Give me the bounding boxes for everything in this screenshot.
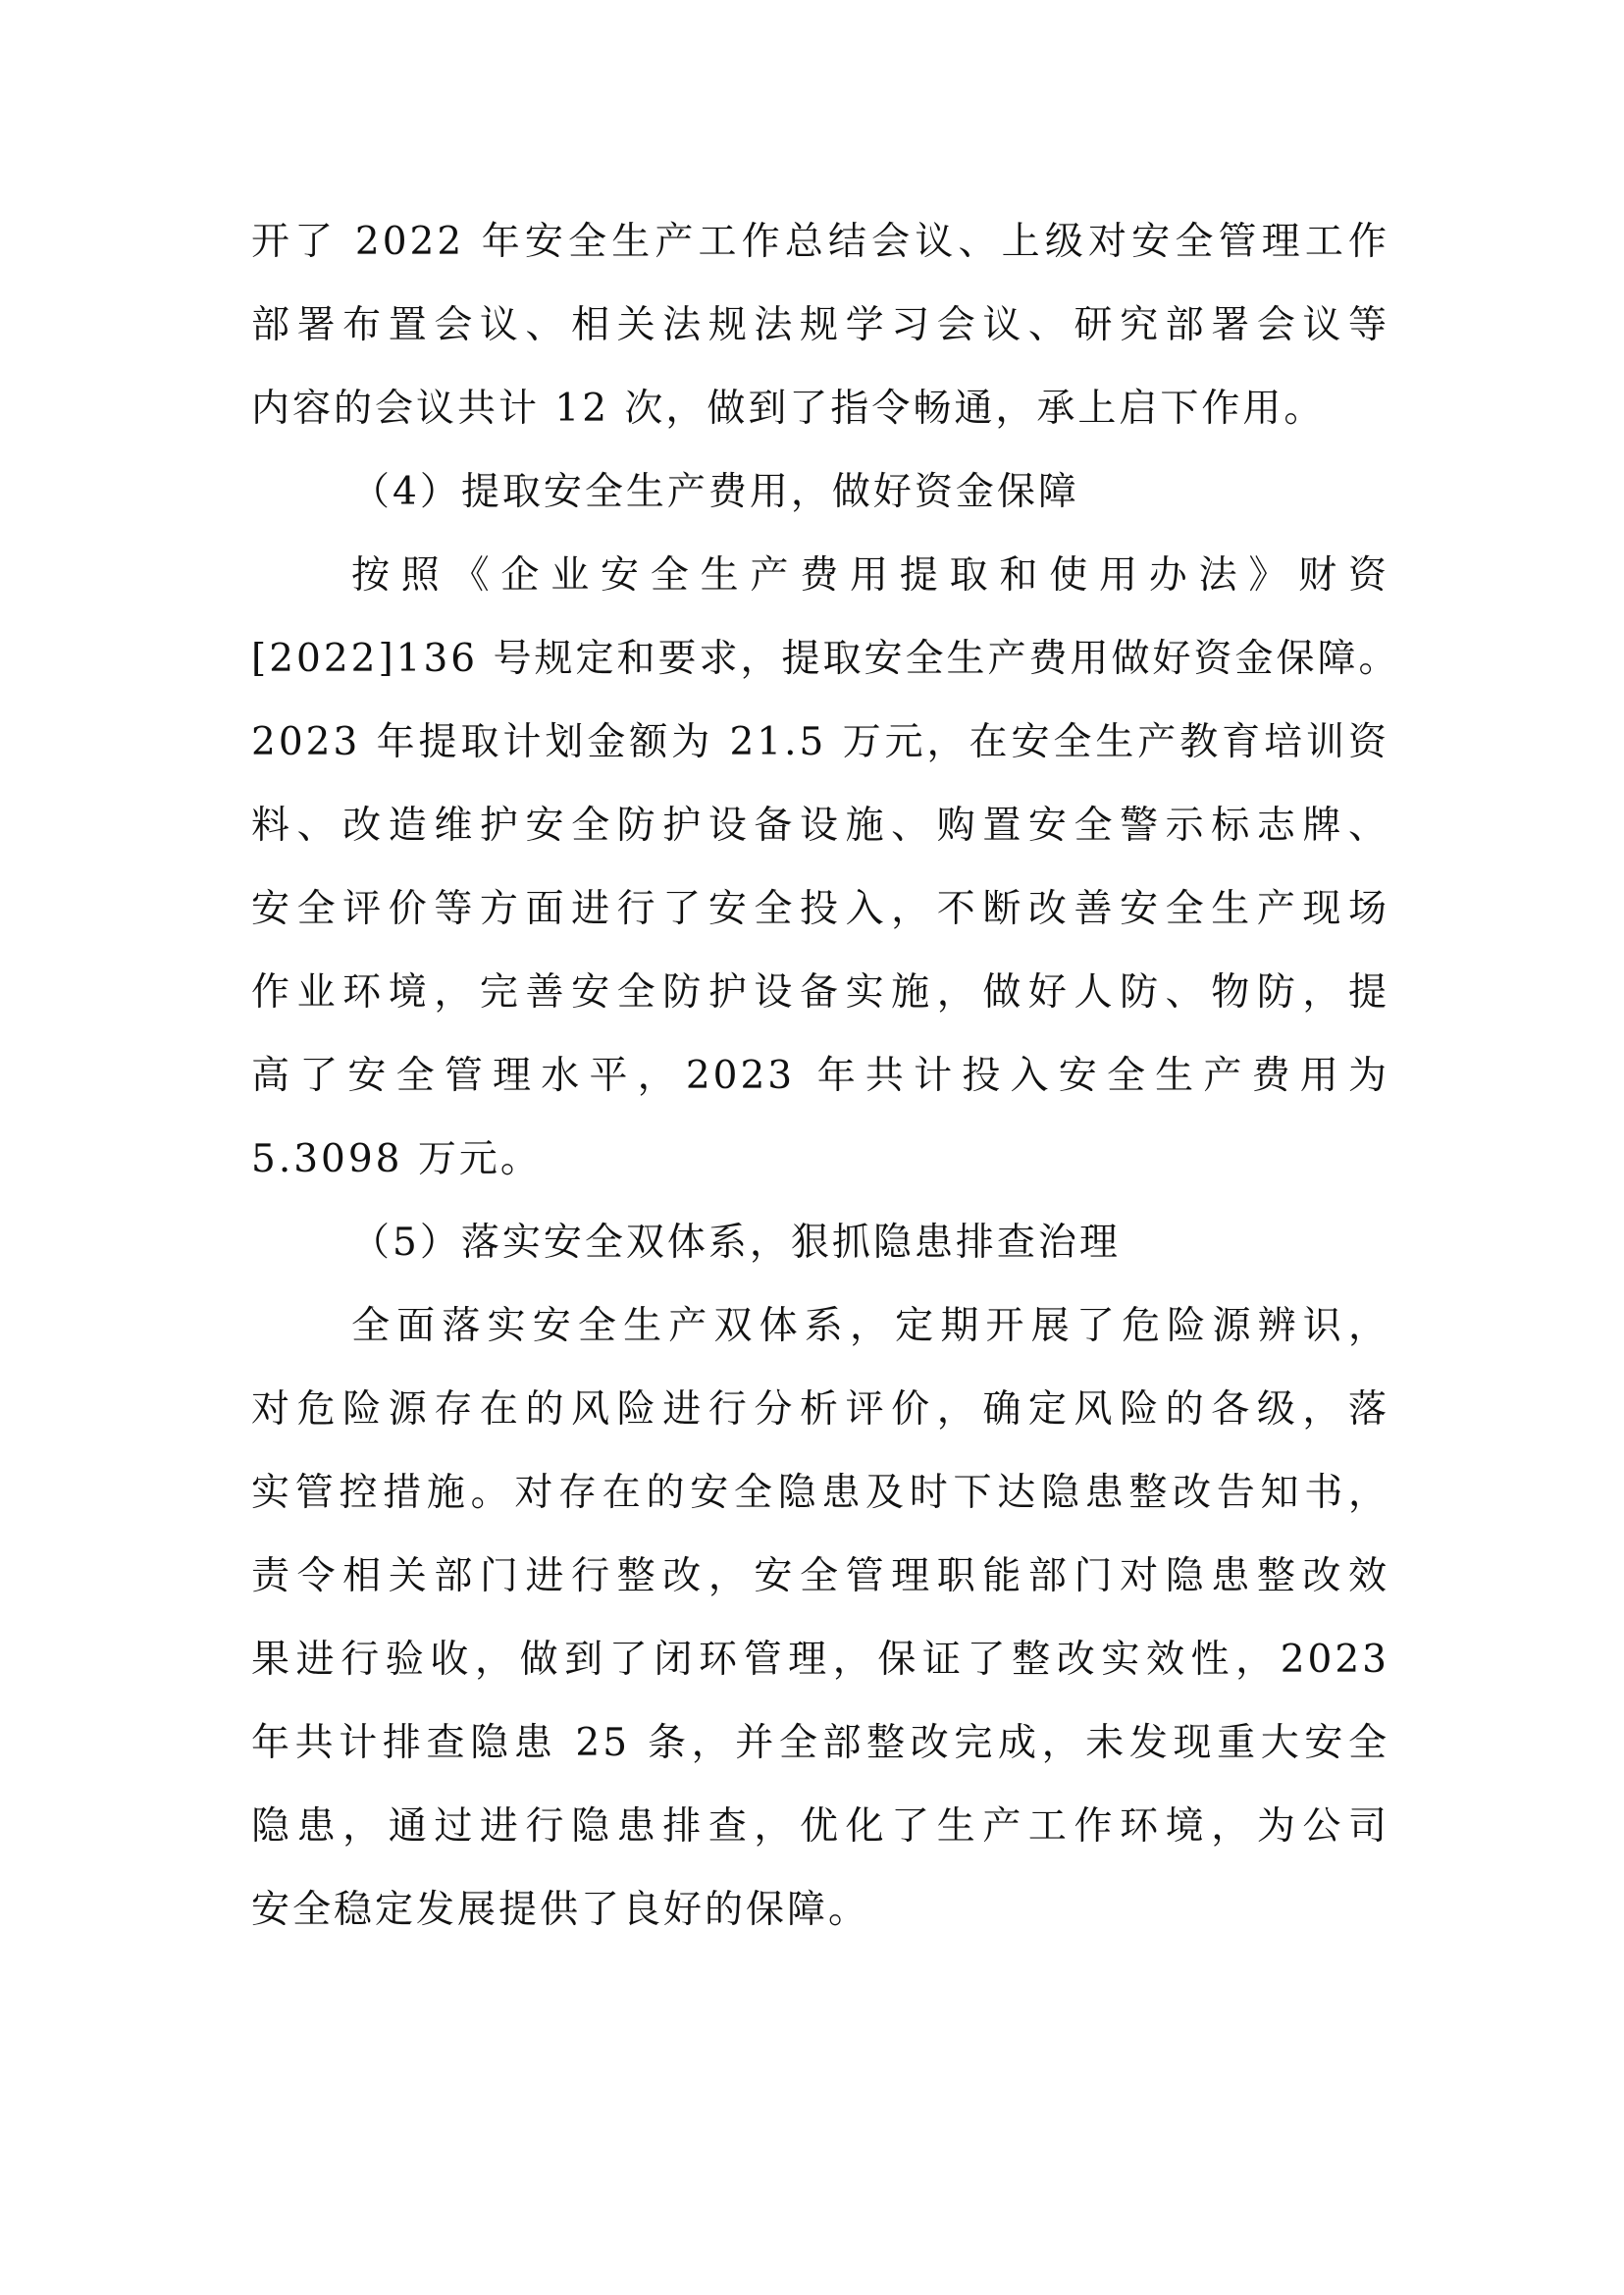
paragraph-line: 内容的会议共计 12 次，做到了指令畅通，承上启下作用。: [251, 385, 1389, 434]
section-heading-5: （5）落实安全双体系，狠抓隐患排查治理: [351, 1219, 1389, 1268]
paragraph-line: 对危险源存在的风险进行分析评价，确定风险的各级，落: [251, 1385, 1389, 1434]
paragraph-line: 部署布置会议、相关法规法规学习会议、研究部署会议等: [251, 301, 1389, 350]
paragraph-line: 果进行验收，做到了闭环管理，保证了整改实效性，2023: [251, 1636, 1389, 1685]
paragraph-line: [2022]136 号规定和要求，提取安全生产费用做好资金保障。: [251, 635, 1389, 684]
paragraph-line: 全面落实安全生产双体系，定期开展了危险源辨识，: [351, 1302, 1389, 1351]
paragraph-line: 作业环境，完善安全防护设备实施，做好人防、物防，提: [251, 968, 1389, 1017]
paragraph-line: 年共计排查隐患 25 条，并全部整改完成，未发现重大安全: [251, 1719, 1389, 1768]
paragraph-line: 2023 年提取计划金额为 21.5 万元，在安全生产教育培训资: [251, 718, 1389, 767]
paragraph-line: 实管控措施。对存在的安全隐患及时下达隐患整改告知书，: [251, 1469, 1389, 1518]
document-page: 开了 2022 年安全生产工作总结会议、上级对安全管理工作 部署布置会议、相关法…: [0, 0, 1624, 2295]
paragraph-line: 安全评价等方面进行了安全投入，不断改善安全生产现场: [251, 885, 1389, 934]
paragraph-line: 隐患，通过进行隐患排查，优化了生产工作环境，为公司: [251, 1802, 1389, 1852]
paragraph-line: 安全稳定发展提供了良好的保障。: [251, 1886, 1389, 1935]
paragraph-line: 高了安全管理水平，2023 年共计投入安全生产费用为: [251, 1052, 1389, 1101]
section-heading-4: （4）提取安全生产费用，做好资金保障: [351, 468, 1389, 517]
paragraph-line: 5.3098 万元。: [251, 1135, 1389, 1184]
paragraph-line: 开了 2022 年安全生产工作总结会议、上级对安全管理工作: [251, 218, 1389, 267]
paragraph-line: 按照《企业安全生产费用提取和使用办法》财资: [351, 551, 1389, 600]
paragraph-line: 责令相关部门进行整改，安全管理职能部门对隐患整改效: [251, 1552, 1389, 1601]
paragraph-line: 料、改造维护安全防护设备设施、购置安全警示标志牌、: [251, 802, 1389, 851]
